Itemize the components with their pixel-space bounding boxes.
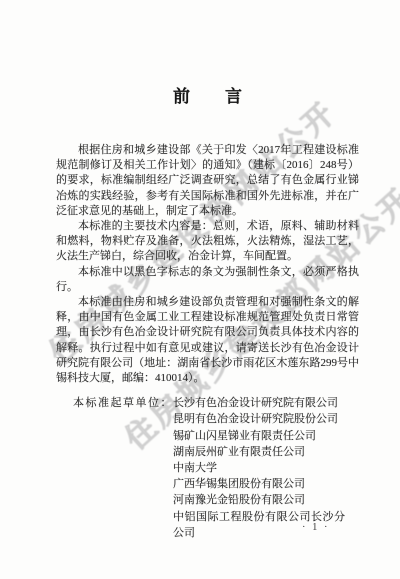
drafting-unit-item: 河南豫光金铅股份有限公司 [173, 492, 345, 508]
drafting-unit-item: 昆明有色冶金设计研究院股份公司 [173, 411, 345, 427]
scanned-document-page: 住房城乡建设部网站公开 住房城乡建设部网站公开 前言 根据住房和城乡建设部《关于… [0, 0, 400, 579]
drafting-units-label: 本标准起草单位： [73, 395, 173, 411]
page-number: · 1 · [302, 522, 330, 533]
drafting-unit-item: 中南大学 [173, 460, 345, 476]
drafting-units-list: 长沙有色冶金设计研究院有限公司 昆明有色冶金设计研究院股份公司 锡矿山闪星锑业有… [173, 395, 345, 541]
paragraph: 本标准由住房和城乡建设部负责管理和对强制性条文的解释，由中国有色金属工业工程建设… [56, 295, 359, 386]
document-content: 前言 根据住房和城乡建设部《关于印发〈2017年工程建设标准规范制修订及相关工作… [0, 0, 400, 541]
drafting-unit-item: 广西华锡集团股份有限公司 [173, 476, 345, 492]
drafting-units-block: 本标准起草单位： 长沙有色冶金设计研究院有限公司 昆明有色冶金设计研究院股份公司… [56, 395, 359, 541]
drafting-unit-item: 锡矿山闪星锑业有限责任公司 [173, 428, 345, 444]
paragraph: 根据住房和城乡建设部《关于印发〈2017年工程建设标准规范制修订及相关工作计划〉… [56, 143, 359, 219]
drafting-unit-item: 湖南辰州矿业有限责任公司 [173, 444, 345, 460]
drafting-unit-item: 长沙有色冶金设计研究院有限公司 [173, 395, 345, 411]
paragraph: 本标准的主要技术内容是：总则，术语，原料、辅助材料和燃料，物料贮存及准备，火法粗… [56, 219, 359, 265]
document-title: 前言 [56, 86, 359, 107]
paragraph: 本标准中以黑色字标志的条文为强制性条文，必须严格执行。 [56, 265, 359, 295]
